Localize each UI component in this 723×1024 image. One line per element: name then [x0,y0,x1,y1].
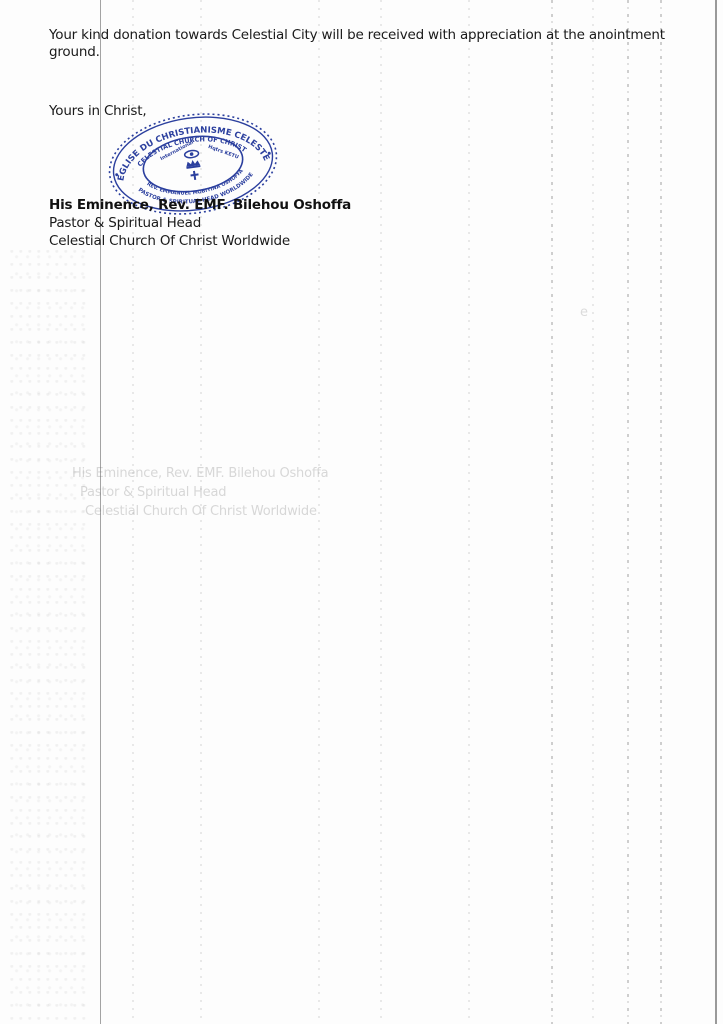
scan-streak [318,0,320,1024]
scan-noise [10,250,90,1020]
closing-salutation: Yours in Christ, [49,103,146,120]
ghost-text: e [580,305,588,320]
ghost-text: His Eminence, Rev. EMF. Bilehou Oshoffa [72,466,328,481]
signatory-name: His Eminence, Rev. EMF. Bilehou Oshoffa [49,197,351,214]
scanned-letter-page: e His Eminence, Rev. EMF. Bilehou Oshoff… [0,0,723,1024]
scan-streak [468,0,470,1024]
ghost-text: Celestial Church Of Christ Worldwide [85,504,317,519]
page-edge [715,0,717,1024]
scan-streak [627,0,629,1024]
scan-streak [592,0,594,1024]
scan-streak [551,0,553,1024]
seal-emblem-icon [184,150,202,181]
scan-streak [380,0,382,1024]
scan-streak [660,0,662,1024]
signatory-organization: Celestial Church Of Christ Worldwide [49,233,290,250]
signatory-title: Pastor & Spiritual Head [49,215,201,232]
body-paragraph: Your kind donation towards Celestial Cit… [49,27,689,61]
ghost-text: Pastor & Spiritual Head [80,485,226,500]
